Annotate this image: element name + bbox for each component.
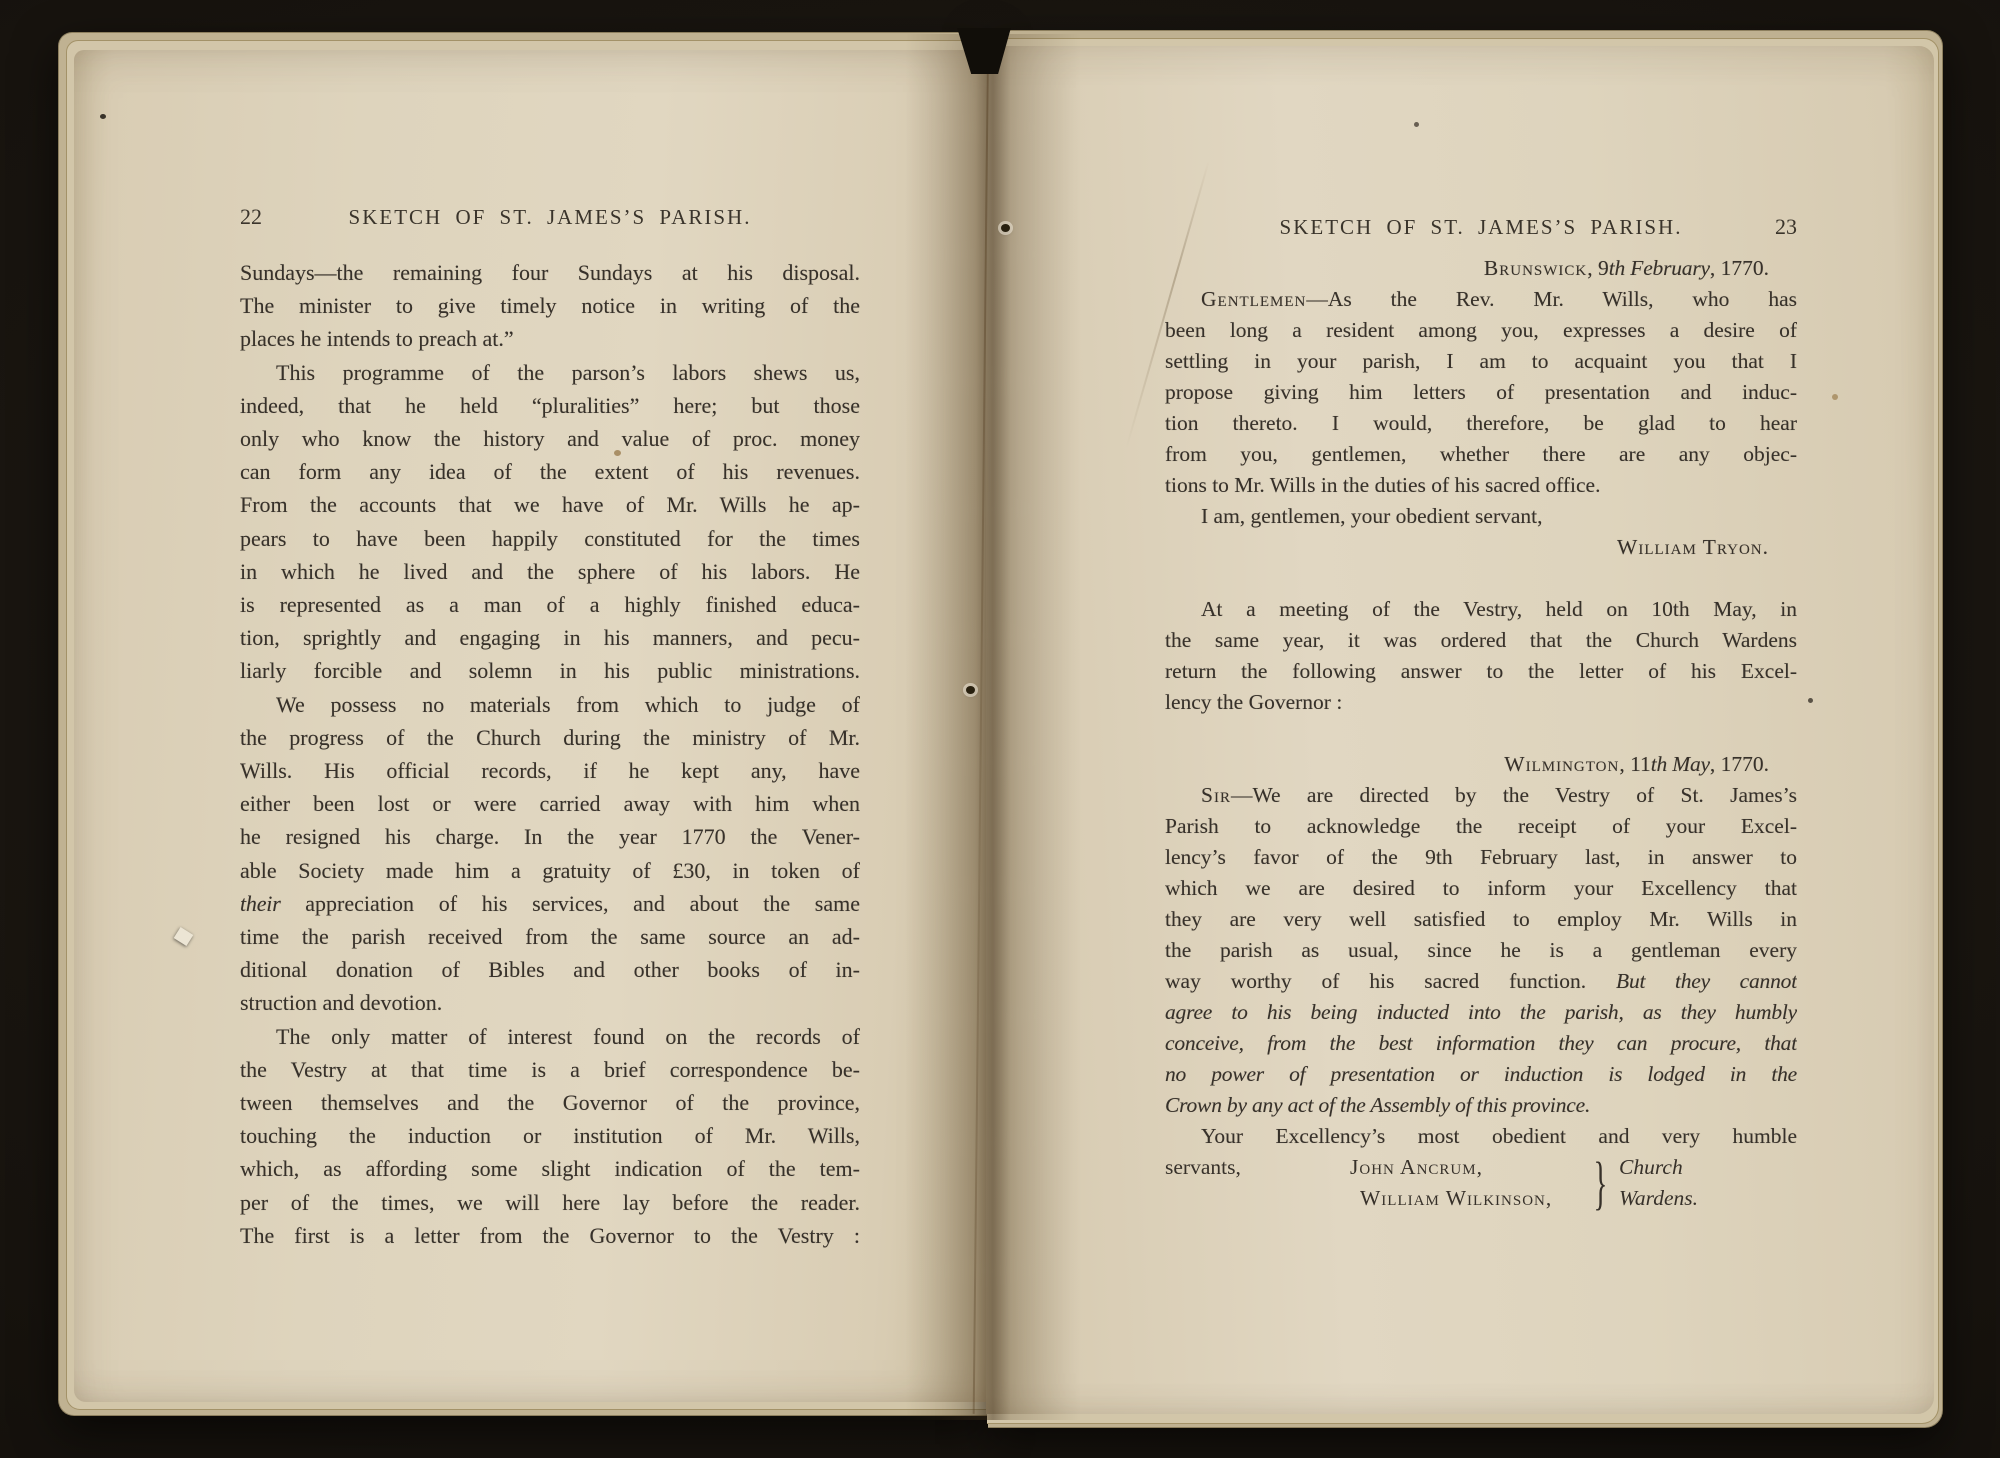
body-text: tween themselves and the Governor of the… bbox=[240, 1090, 860, 1115]
body-text: liarly forcible and solemn in his public… bbox=[240, 658, 860, 683]
left-page-number: 22 bbox=[240, 204, 280, 230]
left-page-content: 22 SKETCH OF ST. JAMES’S PARISH. Sundays… bbox=[240, 204, 860, 1252]
text-line: Crown by any act of the Assembly of this… bbox=[1165, 1090, 1797, 1121]
signature-name: William Wilkinson, bbox=[1360, 1183, 1587, 1214]
foxing-spot bbox=[1832, 394, 1838, 400]
text-line: is represented as a man of a highly fini… bbox=[240, 588, 860, 621]
signature-label: servants, bbox=[1165, 1152, 1350, 1183]
italic-text: agree to his being inducted into the par… bbox=[1165, 1000, 1797, 1024]
italic-text: conceive, from the best information they… bbox=[1165, 1031, 1797, 1055]
stitch-hole bbox=[966, 686, 975, 694]
text-line: ditional donation of Bibles and other bo… bbox=[240, 953, 860, 986]
text-line: Gentlemen—As the Rev. Mr. Wills, who has bbox=[1165, 284, 1797, 315]
signature-role: Church bbox=[1619, 1152, 1698, 1183]
text-line: Wilmington, 11th May, 1770. bbox=[1165, 749, 1797, 780]
body-text: tions to Mr. Wills in the duties of his … bbox=[1165, 473, 1600, 497]
body-text: can form any idea of the extent of his r… bbox=[240, 459, 860, 484]
body-text: they are very well satisfied to employ M… bbox=[1165, 907, 1797, 931]
body-text: indeed, that he held “pluralities” here;… bbox=[240, 393, 860, 418]
body-text: ditional donation of Bibles and other bo… bbox=[240, 957, 860, 982]
text-line: Brunswick, 9th February, 1770. bbox=[1165, 253, 1797, 284]
italic-text: th February bbox=[1609, 256, 1710, 280]
text-line: places he intends to preach at.” bbox=[240, 322, 860, 355]
text-line: At a meeting of the Vestry, held on 10th… bbox=[1165, 594, 1797, 625]
right-text-block: Brunswick, 9th February, 1770.Gentlemen—… bbox=[1165, 253, 1797, 1152]
italic-text: th May bbox=[1651, 752, 1710, 776]
body-text: able Society made him a gratuity of £30,… bbox=[240, 858, 860, 883]
body-text: , 1770. bbox=[1710, 752, 1769, 776]
body-text: appreciation of his services, and about … bbox=[281, 891, 860, 916]
text-line: We possess no materials from which to ju… bbox=[240, 688, 860, 721]
right-running-title: SKETCH OF ST. JAMES’S PARISH. bbox=[1205, 215, 1757, 240]
text-line: tween themselves and the Governor of the… bbox=[240, 1086, 860, 1119]
signature-names: John Ancrum, William Wilkinson, bbox=[1350, 1152, 1587, 1214]
text-line: pears to have been happily constituted f… bbox=[240, 522, 860, 555]
text-line: struction and devotion. bbox=[240, 986, 860, 1019]
right-page-number: 23 bbox=[1757, 214, 1797, 240]
body-text: only who know the history and value of p… bbox=[240, 426, 860, 451]
body-text: , 1770. bbox=[1710, 256, 1769, 280]
signature-name: John Ancrum, bbox=[1350, 1152, 1587, 1183]
small-caps-text: Sir bbox=[1201, 783, 1231, 807]
body-text: places he intends to preach at.” bbox=[240, 326, 514, 351]
brace-glyph: } bbox=[1594, 1151, 1607, 1214]
body-text: Wills. His official records, if he kept … bbox=[240, 758, 860, 783]
text-line: the same year, it was ordered that the C… bbox=[1165, 625, 1797, 656]
body-text: which we are desired to inform your Exce… bbox=[1165, 876, 1797, 900]
body-text: in which he lived and the sphere of his … bbox=[240, 559, 860, 584]
body-text: , 9 bbox=[1587, 256, 1609, 280]
body-text: —As the Rev. Mr. Wills, who has bbox=[1306, 287, 1797, 311]
body-text: The only matter of interest found on the… bbox=[276, 1024, 860, 1049]
text-line: settling in your parish, I am to acquain… bbox=[1165, 346, 1797, 377]
text-line: Parish to acknowledge the receipt of you… bbox=[1165, 811, 1797, 842]
text-line: in which he lived and the sphere of his … bbox=[240, 555, 860, 588]
text-line: which we are desired to inform your Exce… bbox=[1165, 873, 1797, 904]
body-text: From the accounts that we have of Mr. Wi… bbox=[240, 492, 860, 517]
small-caps-text: Gentlemen bbox=[1201, 287, 1306, 311]
foxing-spot bbox=[1414, 122, 1419, 127]
body-text: from you, gentlemen, whether there are a… bbox=[1165, 442, 1797, 466]
text-line: he resigned his charge. In the year 1770… bbox=[240, 820, 860, 853]
body-text: The minister to give timely notice in wr… bbox=[240, 293, 860, 318]
text-line: lency the Governor : bbox=[1165, 687, 1797, 718]
text-line: from you, gentlemen, whether there are a… bbox=[1165, 439, 1797, 470]
text-line: The only matter of interest found on the… bbox=[240, 1020, 860, 1053]
text-line: Wills. His official records, if he kept … bbox=[240, 754, 860, 787]
left-text-block: Sundays—the remaining four Sundays at hi… bbox=[240, 256, 860, 1252]
body-text: return the following answer to the lette… bbox=[1165, 659, 1797, 683]
body-text: the progress of the Church during the mi… bbox=[240, 725, 860, 750]
left-page-header: 22 SKETCH OF ST. JAMES’S PARISH. bbox=[240, 204, 860, 232]
small-caps-text: Wilmington bbox=[1504, 752, 1619, 776]
body-text: the same year, it was ordered that the C… bbox=[1165, 628, 1797, 652]
body-text: tion, sprightly and engaging in his mann… bbox=[240, 625, 860, 650]
text-line: The minister to give timely notice in wr… bbox=[240, 289, 860, 322]
body-text: touching the induction or institution of… bbox=[240, 1123, 860, 1148]
text-line: William Tryon. bbox=[1165, 532, 1797, 563]
left-page: 22 SKETCH OF ST. JAMES’S PARISH. Sundays… bbox=[74, 50, 986, 1402]
text-line: propose giving him letters of presentati… bbox=[1165, 377, 1797, 408]
body-text: been long a resident among you, expresse… bbox=[1165, 318, 1797, 342]
text-line: the Vestry at that time is a brief corre… bbox=[240, 1053, 860, 1086]
body-text: the Vestry at that time is a brief corre… bbox=[240, 1057, 860, 1082]
text-line: From the accounts that we have of Mr. Wi… bbox=[240, 488, 860, 521]
right-page-content: SKETCH OF ST. JAMES’S PARISH. 23 Brunswi… bbox=[1165, 214, 1797, 1214]
body-text: Sundays—the remaining four Sundays at hi… bbox=[240, 260, 860, 285]
text-line: Sundays—the remaining four Sundays at hi… bbox=[240, 256, 860, 289]
text-line: return the following answer to the lette… bbox=[1165, 656, 1797, 687]
body-text: he resigned his charge. In the year 1770… bbox=[240, 824, 860, 849]
text-line: touching the induction or institution of… bbox=[240, 1119, 860, 1152]
text-line: no power of presentation or induction is… bbox=[1165, 1059, 1797, 1090]
body-text: We possess no materials from which to ju… bbox=[276, 692, 860, 717]
text-line: indeed, that he held “pluralities” here;… bbox=[240, 389, 860, 422]
line-gap bbox=[1165, 563, 1797, 594]
body-text: This programme of the parson’s labors sh… bbox=[276, 360, 860, 385]
body-text: which, as affording some slight indicati… bbox=[240, 1156, 860, 1181]
foxing-spot bbox=[1808, 698, 1813, 703]
text-line: either been lost or were carried away wi… bbox=[240, 787, 860, 820]
text-line: able Society made him a gratuity of £30,… bbox=[240, 854, 860, 887]
right-page: SKETCH OF ST. JAMES’S PARISH. 23 Brunswi… bbox=[986, 46, 1934, 1414]
text-line: This programme of the parson’s labors sh… bbox=[240, 356, 860, 389]
body-text: settling in your parish, I am to acquain… bbox=[1165, 349, 1797, 373]
italic-text: no power of presentation or induction is… bbox=[1165, 1062, 1797, 1086]
left-running-title: SKETCH OF ST. JAMES’S PARISH. bbox=[280, 205, 820, 230]
text-line: tion, sprightly and engaging in his mann… bbox=[240, 621, 860, 654]
text-line: they are very well satisfied to employ M… bbox=[1165, 904, 1797, 935]
text-line: their appreciation of his services, and … bbox=[240, 887, 860, 920]
text-line: liarly forcible and solemn in his public… bbox=[240, 654, 860, 687]
body-text: Parish to acknowledge the receipt of you… bbox=[1165, 814, 1797, 838]
line-gap bbox=[1165, 718, 1797, 749]
signature-role: Wardens. bbox=[1619, 1183, 1698, 1214]
body-text: Your Excellency’s most obedient and very… bbox=[1201, 1124, 1797, 1148]
text-line: Your Excellency’s most obedient and very… bbox=[1165, 1121, 1797, 1152]
right-page-header: SKETCH OF ST. JAMES’S PARISH. 23 bbox=[1165, 214, 1797, 242]
foxing-spot bbox=[100, 114, 106, 119]
body-text: The first is a letter from the Governor … bbox=[240, 1223, 860, 1248]
text-line: I am, gentlemen, your obedient servant, bbox=[1165, 501, 1797, 532]
italic-text: Crown by any act of the Assembly of this… bbox=[1165, 1093, 1590, 1117]
italic-text: But they cannot bbox=[1616, 969, 1797, 993]
text-line: been long a resident among you, expresse… bbox=[1165, 315, 1797, 346]
body-text: tion thereto. I would, therefore, be gla… bbox=[1165, 411, 1797, 435]
text-line: tions to Mr. Wills in the duties of his … bbox=[1165, 470, 1797, 501]
signature-block: servants, John Ancrum, William Wilkinson… bbox=[1165, 1152, 1797, 1214]
small-caps-text: Brunswick bbox=[1484, 256, 1587, 280]
body-text: time the parish received from the same s… bbox=[240, 924, 860, 949]
body-text: lency’s favor of the 9th February last, … bbox=[1165, 845, 1797, 869]
body-text: pears to have been happily constituted f… bbox=[240, 526, 860, 551]
body-text: propose giving him letters of presentati… bbox=[1165, 380, 1797, 404]
text-line: lency’s favor of the 9th February last, … bbox=[1165, 842, 1797, 873]
text-line: Sir—We are directed by the Vestry of St.… bbox=[1165, 780, 1797, 811]
small-caps-text: William Tryon. bbox=[1617, 535, 1769, 559]
text-line: only who know the history and value of p… bbox=[240, 422, 860, 455]
text-line: conceive, from the best information they… bbox=[1165, 1028, 1797, 1059]
signature-roles: Church Wardens. bbox=[1619, 1152, 1698, 1214]
text-line: agree to his being inducted into the par… bbox=[1165, 997, 1797, 1028]
body-text: is represented as a man of a highly fini… bbox=[240, 592, 860, 617]
body-text: way worthy of his sacred function. bbox=[1165, 969, 1616, 993]
text-line: The first is a letter from the Governor … bbox=[240, 1219, 860, 1252]
body-text: either been lost or were carried away wi… bbox=[240, 791, 860, 816]
book-scan: 22 SKETCH OF ST. JAMES’S PARISH. Sundays… bbox=[0, 0, 2000, 1458]
text-line: the progress of the Church during the mi… bbox=[240, 721, 860, 754]
italic-text: their bbox=[240, 891, 281, 916]
text-line: per of the times, we will here lay befor… bbox=[240, 1186, 860, 1219]
body-text: the parish as usual, since he is a gentl… bbox=[1165, 938, 1797, 962]
foxing-spot bbox=[614, 450, 621, 456]
text-line: the parish as usual, since he is a gentl… bbox=[1165, 935, 1797, 966]
body-text: —We are directed by the Vestry of St. Ja… bbox=[1231, 783, 1797, 807]
text-line: way worthy of his sacred function. But t… bbox=[1165, 966, 1797, 997]
body-text: , 11 bbox=[1619, 752, 1650, 776]
text-line: time the parish received from the same s… bbox=[240, 920, 860, 953]
stitch-hole bbox=[1001, 224, 1010, 232]
text-line: can form any idea of the extent of his r… bbox=[240, 455, 860, 488]
body-text: lency the Governor : bbox=[1165, 690, 1342, 714]
body-text: I am, gentlemen, your obedient servant, bbox=[1201, 504, 1543, 528]
text-line: which, as affording some slight indicati… bbox=[240, 1152, 860, 1185]
body-text: At a meeting of the Vestry, held on 10th… bbox=[1201, 597, 1797, 621]
body-text: per of the times, we will here lay befor… bbox=[240, 1190, 860, 1215]
body-text: struction and devotion. bbox=[240, 990, 442, 1015]
text-line: tion thereto. I would, therefore, be gla… bbox=[1165, 408, 1797, 439]
